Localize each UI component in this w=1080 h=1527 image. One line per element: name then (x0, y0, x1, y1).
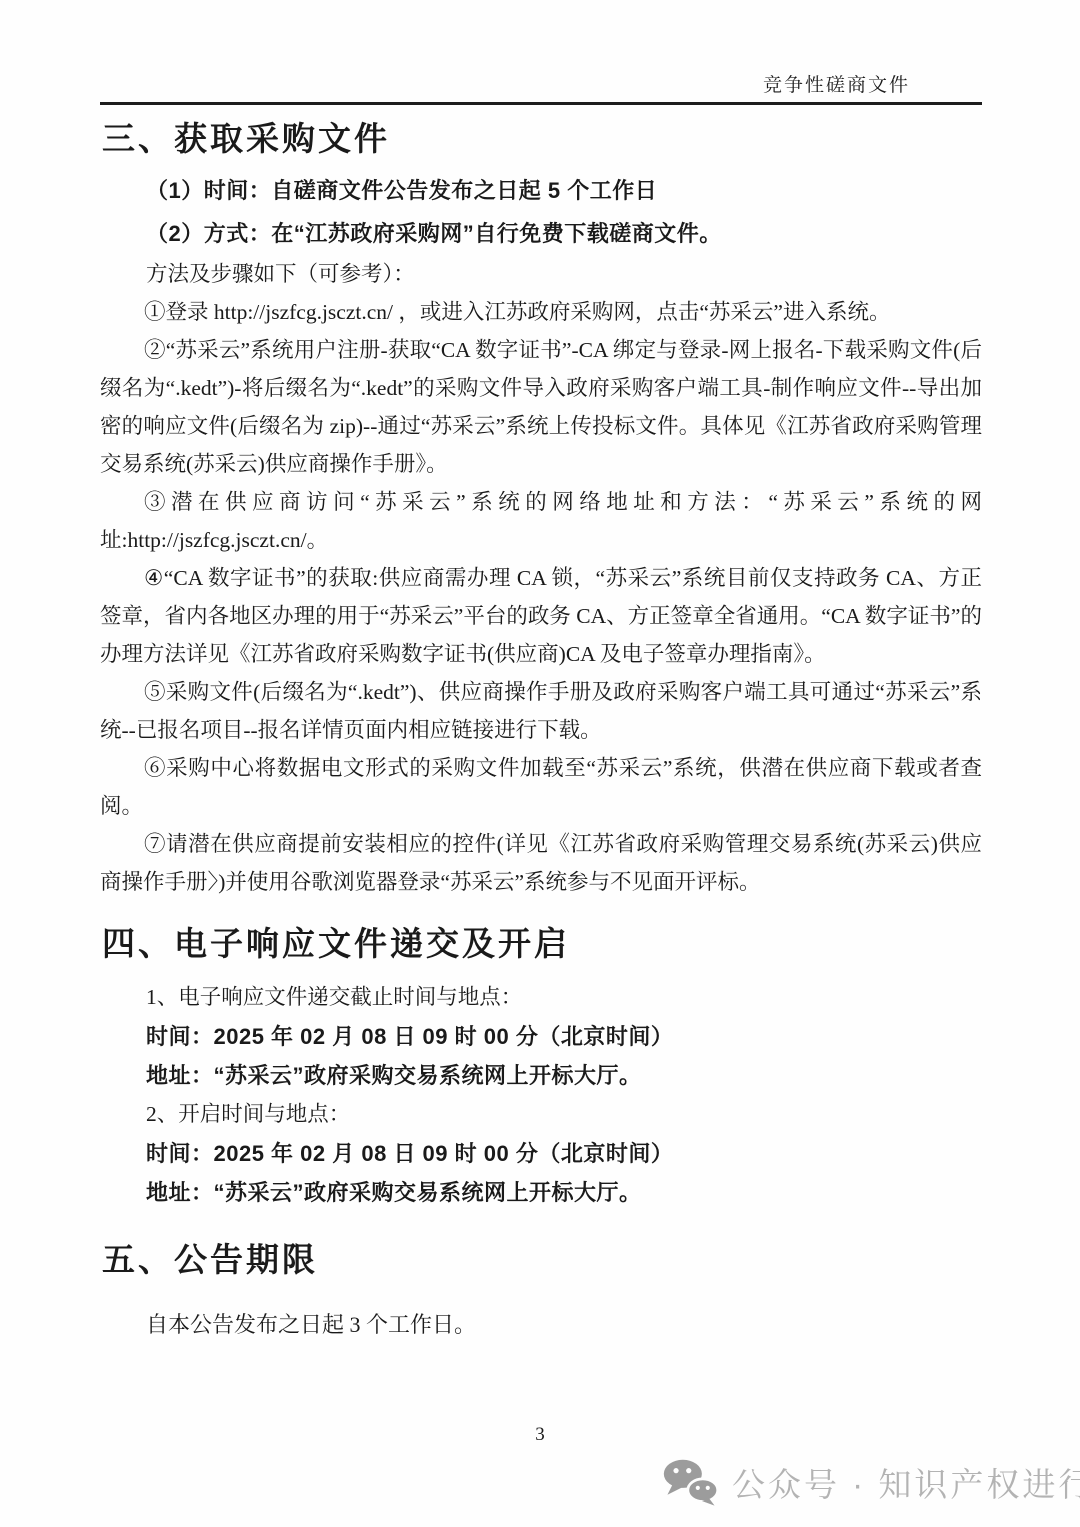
section-4-item-1-title: 1、电子响应文件递交截止时间与地点： (100, 978, 982, 1017)
section-5-body: 自本公告发布之日起 3 个工作日。 (100, 1306, 982, 1344)
section-5-heading: 五、公告期限 (102, 1240, 982, 1280)
document-page: 竞争性磋商文件 三、获取采购文件 （1）时间：自磋商文件公告发布之日起 5 个工… (0, 0, 1080, 1527)
section-3-step-4: ④“CA 数字证书”的获取:供应商需办理 CA 锁，“苏采云”系统目前仅支持政务… (100, 559, 982, 673)
doc-type-label: 竞争性磋商文件 (763, 70, 982, 102)
section-3-step-3: ③潜在供应商访问“苏采云”系统的网络地址和方法：“苏采云”系统的网址:http:… (100, 483, 982, 559)
section-3-item-1: （1）时间：自磋商文件公告发布之日起 5 个工作日 (100, 169, 982, 212)
section-3-heading: 三、获取采购文件 (102, 119, 982, 159)
section-3-step-7: ⑦请潜在供应商提前安装相应的控件(详见《江苏省政府采购管理交易系统(苏采云)供应… (100, 825, 982, 901)
section-3-step-2: ②“苏采云”系统用户注册-获取“CA 数字证书”-CA 绑定与登录-网上报名-下… (100, 331, 982, 483)
page-content: 竞争性磋商文件 三、获取采购文件 （1）时间：自磋商文件公告发布之日起 5 个工… (100, 0, 982, 1344)
section-4-heading: 四、电子响应文件递交及开启 (102, 924, 982, 964)
section-3-step-5: ⑤采购文件(后缀名为“.kedt”)、供应商操作手册及政府采购客户端工具可通过“… (100, 673, 982, 749)
page-number: 3 (0, 1424, 1080, 1446)
section-4-item-1-addr: 地址：“苏采云”政府采购交易系统网上开标大厅。 (100, 1056, 982, 1095)
section-4-item-2-addr: 地址：“苏采云”政府采购交易系统网上开标大厅。 (100, 1173, 982, 1212)
wechat-icon (662, 1458, 720, 1506)
section-3-item-2: （2）方式：在“江苏政府采购网”自行免费下载磋商文件。 (100, 212, 982, 255)
section-3-intro: 方法及步骤如下（可参考）： (100, 255, 982, 293)
watermark-label: 公众号 · 知识产权进行时 (732, 1459, 1080, 1506)
page-header: 竞争性磋商文件 (100, 0, 982, 105)
section-4-item-2-time: 时间：2025 年 02 月 08 日 09 时 00 分（北京时间） (100, 1134, 982, 1173)
section-3-step-1: ①登录 http://jszfcg.jsczt.cn/ ，或进入江苏政府采购网，… (100, 293, 982, 331)
section-4-item-2-title: 2、开启时间与地点： (100, 1095, 982, 1134)
section-4-body: 1、电子响应文件递交截止时间与地点： 时间：2025 年 02 月 08 日 0… (100, 978, 982, 1212)
watermark: 公众号 · 知识产权进行时 (662, 1458, 1080, 1506)
section-3-step-6: ⑥采购中心将数据电文形式的采购文件加载至“苏采云”系统，供潜在供应商下载或者查阅… (100, 749, 982, 825)
section-4-item-1-time: 时间：2025 年 02 月 08 日 09 时 00 分（北京时间） (100, 1017, 982, 1056)
